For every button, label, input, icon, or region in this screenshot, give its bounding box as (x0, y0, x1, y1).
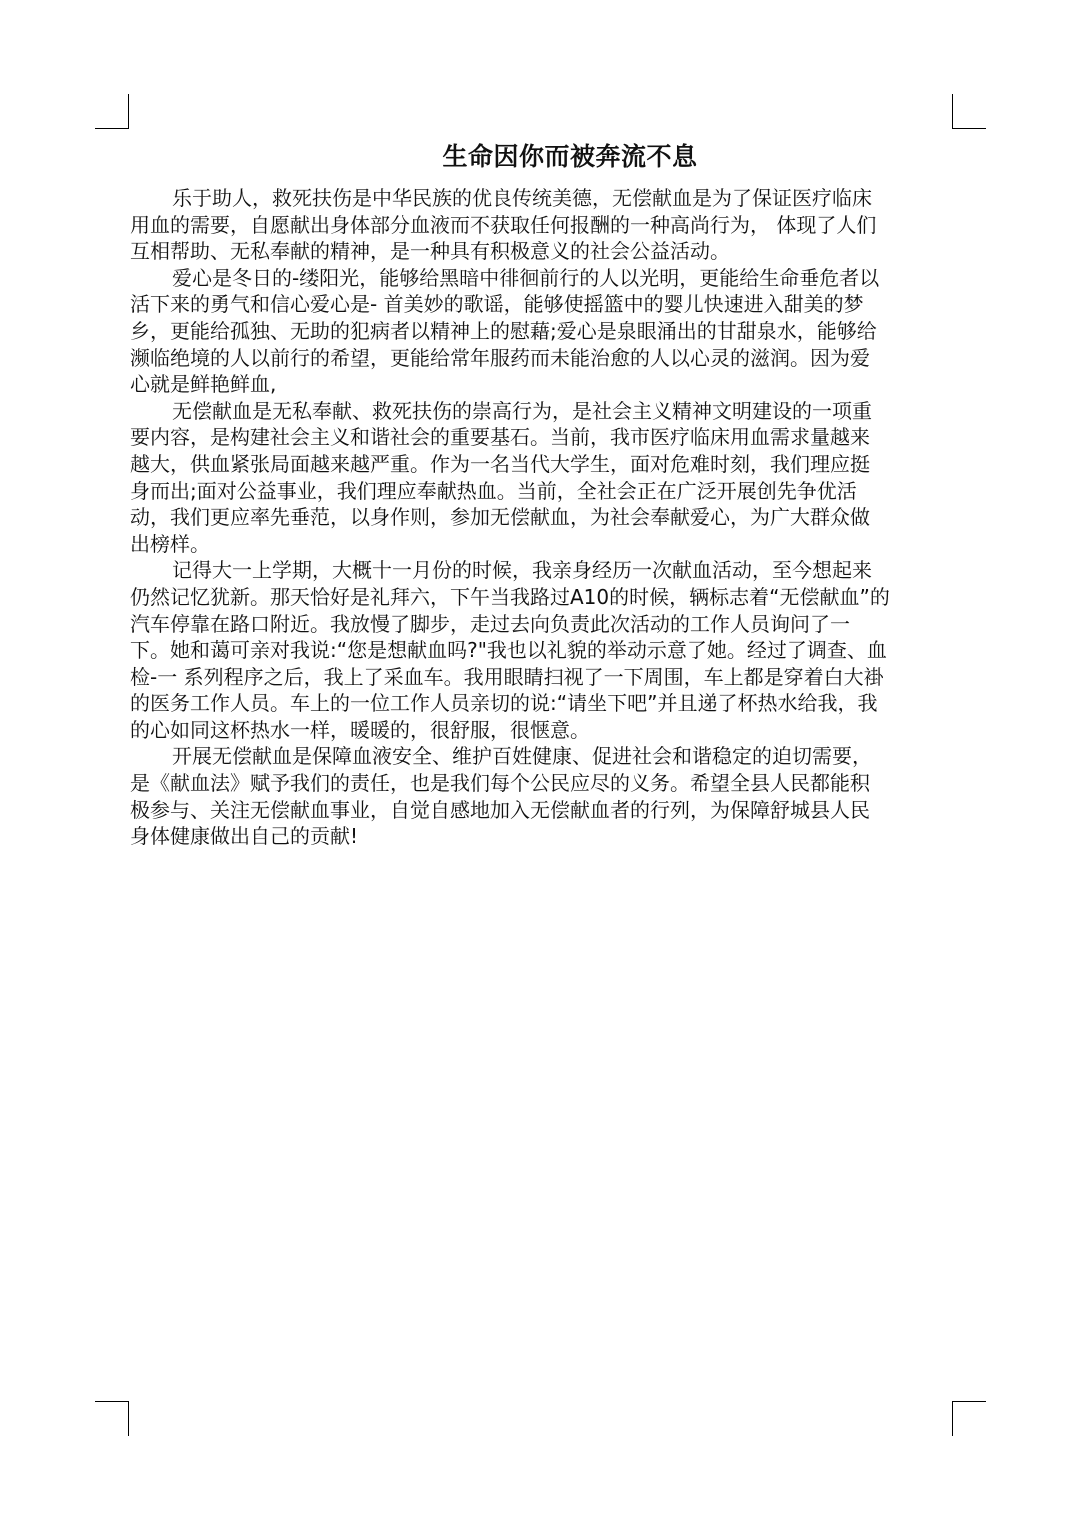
text-line: 开展无偿献血是保障血液安全、维护百姓健康、促进社会和谐稳定的迫切需要， (130, 743, 960, 770)
text-line: 身而出;面对公益事业，我们理应奉献热血。当前，全社会正在广泛开展创先争优活 (130, 478, 960, 505)
crop-mark-top-right (952, 94, 986, 129)
paragraph-1: 乐于助人，救死扶伤是中华民族的优良传统美德，无偿献血是为了保证医疗临床 用血的需… (130, 185, 960, 265)
text-line: 乡，更能给孤独、无助的犯病者以精神上的慰藉;爱心是泉眼涌出的甘甜泉水，能够给 (130, 318, 960, 345)
text-line: 的医务工作人员。车上的一位工作人员亲切的说:“请坐下吧”并且递了杯热水给我，我 (130, 690, 960, 717)
text-line: 下。她和蔼可亲对我说:“您是想献血吗?"我也以礼貌的举动示意了她。经过了调查、血 (130, 637, 960, 664)
text-line: 极参与、关注无偿献血事业，自觉自感地加入无偿献血者的行列，为保障舒城县人民 (130, 797, 960, 824)
paragraph-4: 记得大一上学期，大概十一月份的时候，我亲身经历一次献血活动，至今想起来 仍然记忆… (130, 557, 960, 743)
paragraph-2: 爱心是冬日的-缕阳光，能够给黑暗中徘徊前行的人以光明，更能给生命垂危者以 活下来… (130, 265, 960, 398)
text-line: 互相帮助、无私奉献的精神，是一种具有积极意义的社会公益活动。 (130, 238, 960, 265)
text-line: 记得大一上学期，大概十一月份的时候，我亲身经历一次献血活动，至今想起来 (130, 557, 960, 584)
text-line: 活下来的勇气和信心爱心是- 首美妙的歌谣，能够使摇篮中的婴儿快速进入甜美的梦 (130, 291, 960, 318)
paragraph-5: 开展无偿献血是保障血液安全、维护百姓健康、促进社会和谐稳定的迫切需要， 是《献血… (130, 743, 960, 849)
crop-mark-bottom-left (95, 1401, 129, 1436)
text-line: 乐于助人，救死扶伤是中华民族的优良传统美德，无偿献血是为了保证医疗临床 (130, 185, 960, 212)
text-line: 用血的需要，自愿献出身体部分血液而不获取任何报酬的一种高尚行为， 体现了人们 (130, 212, 960, 239)
text-line: 仍然记忆犹新。那天恰好是礼拜六，下午当我路过A10的时候，辆标志着“无偿献血”的 (130, 584, 960, 611)
text-line: 汽车停靠在路口附近。我放慢了脚步，走过去向负责此次活动的工作人员询问了一 (130, 611, 960, 638)
text-line: 是《献血法》赋予我们的责任，也是我们每个公民应尽的义务。希望全县人民都能积 (130, 770, 960, 797)
crop-mark-top-left (95, 94, 129, 129)
text-line: 的心如同这杯热水一样，暖暖的，很舒服，很惬意。 (130, 717, 960, 744)
text-line: 越大，供血紧张局面越来越严重。作为一名当代大学生，面对危难时刻，我们理应挺 (130, 451, 960, 478)
text-line: 濒临绝境的人以前行的希望，更能给常年服药而未能治愈的人以心灵的滋润。因为爱 (130, 345, 960, 372)
document-body: 乐于助人，救死扶伤是中华民族的优良传统美德，无偿献血是为了保证医疗临床 用血的需… (130, 185, 960, 850)
paragraph-3: 无偿献血是无私奉献、救死扶伤的崇高行为，是社会主义精神文明建设的一项重 要内容，… (130, 398, 960, 558)
text-line: 要内容，是构建社会主义和谐社会的重要基石。当前，我市医疗临床用血需求量越来 (130, 424, 960, 451)
text-line: 心就是鲜艳鲜血, (130, 371, 960, 398)
document-title: 生命因你而被奔流不息 (130, 140, 1010, 174)
text-line: 出榜样。 (130, 531, 960, 558)
crop-mark-bottom-right (952, 1401, 986, 1436)
text-line: 爱心是冬日的-缕阳光，能够给黑暗中徘徊前行的人以光明，更能给生命垂危者以 (130, 265, 960, 292)
text-line: 动，我们更应率先垂范，以身作则，参加无偿献血，为社会奉献爱心，为广大群众做 (130, 504, 960, 531)
document-page: 生命因你而被奔流不息 乐于助人，救死扶伤是中华民族的优良传统美德，无偿献血是为了… (0, 0, 1080, 1529)
text-line: 检-一 系列程序之后，我上了采血车。我用眼睛扫视了一下周围，车上都是穿着白大褂 (130, 664, 960, 691)
text-line: 无偿献血是无私奉献、救死扶伤的崇高行为，是社会主义精神文明建设的一项重 (130, 398, 960, 425)
text-line: 身体健康做出自己的贡献! (130, 823, 960, 850)
